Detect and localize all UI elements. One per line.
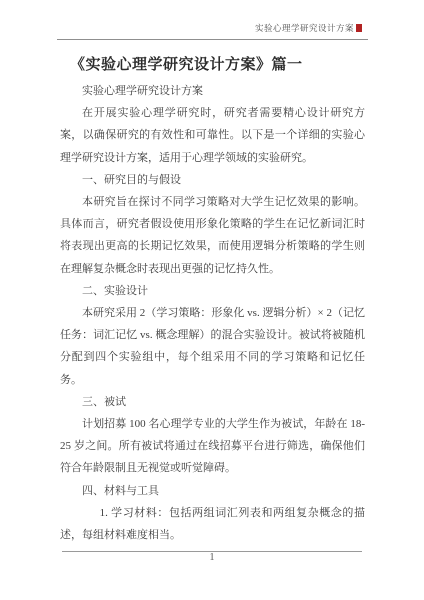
page-header: 实验心理学研究设计方案 [57, 22, 362, 34]
section-heading: 一、研究目的与假设 [60, 169, 365, 191]
paragraph: 实验心理学研究设计方案 [60, 80, 365, 102]
paragraph: 本研究采用 2（学习策略：形象化 vs. 逻辑分析）× 2（记忆任务：词汇记忆 … [60, 302, 365, 391]
section-heading: 二、实验设计 [60, 280, 365, 302]
section-heading: 三、被试 [60, 391, 365, 413]
paragraph: 本研究旨在探讨不同学习策略对大学生记忆效果的影响。具体而言，研究者假设使用形象化… [60, 191, 365, 280]
header-title: 实验心理学研究设计方案 [255, 23, 354, 33]
page-number: 1 [0, 552, 424, 563]
header-rule [57, 39, 368, 40]
document-body: 实验心理学研究设计方案在开展实验心理学研究时，研究者需要精心设计研究方案，以确保… [60, 80, 365, 546]
section-heading: 四、材料与工具 [60, 480, 365, 502]
red-square-marker [356, 24, 362, 32]
document-title: 《实验心理学研究设计方案》篇一 [70, 53, 303, 74]
document-page: 实验心理学研究设计方案 《实验心理学研究设计方案》篇一 实验心理学研究设计方案在… [0, 0, 424, 600]
paragraph: 1. 学习材料：包括两组词汇列表和两组复杂概念的描述，每组材料难度相当。 [60, 502, 365, 546]
paragraph: 在开展实验心理学研究时，研究者需要精心设计研究方案，以确保研究的有效性和可靠性。… [60, 102, 365, 169]
paragraph: 计划招募 100 名心理学专业的大学生作为被试，年龄在 18-25 岁之间。所有… [60, 413, 365, 480]
